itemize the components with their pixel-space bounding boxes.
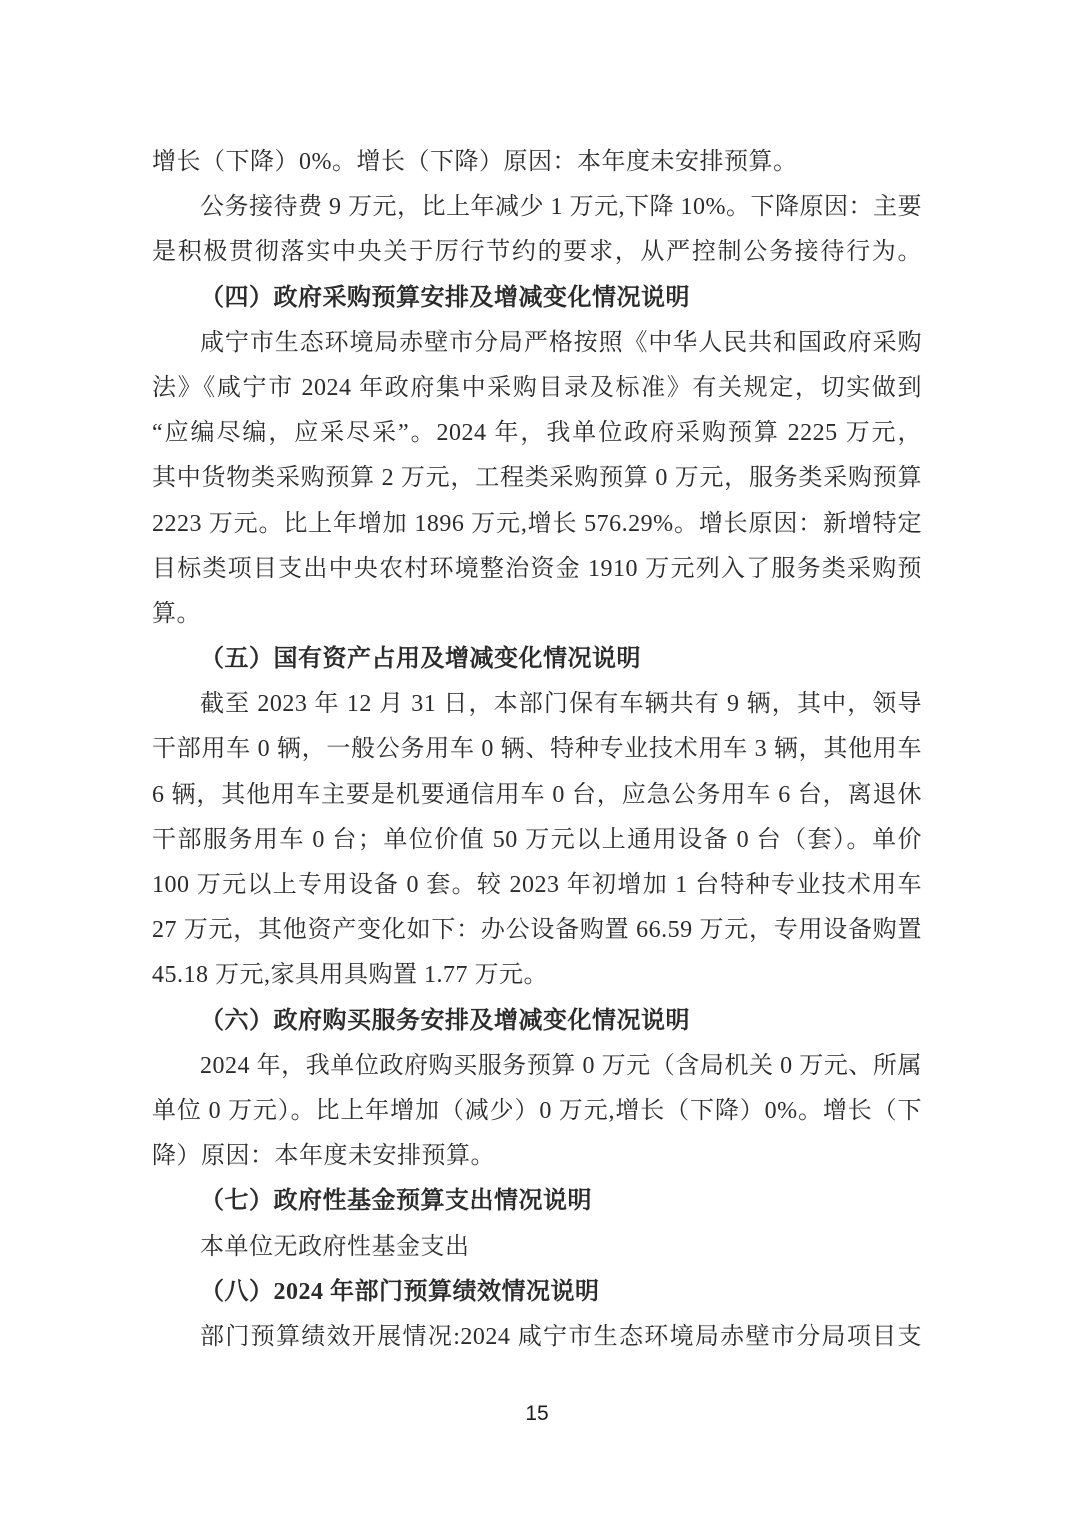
text-line: 截至 2023 年 12 月 31 日，本部门保有车辆共有 9 辆，其中，领导 — [152, 682, 922, 727]
page-footer: 15 — [0, 1402, 1074, 1426]
text-line: 其中货物类采购预算 2 万元，工程类采购预算 0 万元，服务类采购预算 — [152, 456, 922, 501]
document-page: 增长（下降）0%。增长（下降）原因：本年度未安排预算。公务接待费 9 万元，比上… — [0, 0, 1074, 1520]
text-line: 本单位无政府性基金支出 — [152, 1225, 922, 1270]
document-body: 增长（下降）0%。增长（下降）原因：本年度未安排预算。公务接待费 9 万元，比上… — [152, 140, 922, 1360]
text-line: 干部服务用车 0 台；单位价值 50 万元以上通用设备 0 台（套）。单价 — [152, 818, 922, 863]
section-heading: （五）国有资产占用及增减变化情况说明 — [152, 637, 922, 682]
text-line: 2024 年，我单位政府购买服务预算 0 万元（含局机关 0 万元、所属 — [152, 1044, 922, 1089]
page-number: 15 — [525, 1402, 548, 1425]
text-line: 咸宁市生态环境局赤壁市分局严格按照《中华人民共和国政府采购 — [152, 321, 922, 366]
text-line: 部门预算绩效开展情况:2024 咸宁市生态环境局赤壁市分局项目支 — [152, 1315, 922, 1360]
text-line: 公务接待费 9 万元，比上年减少 1 万元,下降 10%。下降原因：主要 — [152, 185, 922, 230]
section-heading: （八）2024 年部门预算绩效情况说明 — [152, 1270, 922, 1315]
text-line: 算。 — [152, 592, 922, 637]
text-line: 增长（下降）0%。增长（下降）原因：本年度未安排预算。 — [152, 140, 922, 185]
section-heading: （六）政府购买服务安排及增减变化情况说明 — [152, 999, 922, 1044]
text-line: 100 万元以上专用设备 0 套。较 2023 年初增加 1 台特种专业技术用车 — [152, 863, 922, 908]
text-line: 是积极贯彻落实中央关于厉行节约的要求，从严控制公务接待行为。 — [152, 230, 922, 275]
section-heading: （四）政府采购预算安排及增减变化情况说明 — [152, 276, 922, 321]
text-line: 法》《咸宁市 2024 年政府集中采购目录及标准》有关规定，切实做到 — [152, 366, 922, 411]
text-line: “应编尽编，应采尽采”。2024 年，我单位政府采购预算 2225 万元， — [152, 411, 922, 456]
section-heading: （七）政府性基金预算支出情况说明 — [152, 1179, 922, 1224]
text-line: 27 万元，其他资产变化如下：办公设备购置 66.59 万元，专用设备购置 — [152, 908, 922, 953]
text-line: 45.18 万元,家具用具购置 1.77 万元。 — [152, 953, 922, 998]
text-line: 6 辆，其他用车主要是机要通信用车 0 台，应急公务用车 6 台，离退休 — [152, 773, 922, 818]
text-line: 目标类项目支出中央农村环境整治资金 1910 万元列入了服务类采购预 — [152, 547, 922, 592]
text-line: 2223 万元。比上年增加 1896 万元,增长 576.29%。增长原因：新增… — [152, 502, 922, 547]
text-line: 降）原因：本年度未安排预算。 — [152, 1134, 922, 1179]
text-line: 干部用车 0 辆，一般公务用车 0 辆、特种专业技术用车 3 辆，其他用车 — [152, 727, 922, 772]
text-line: 单位 0 万元）。比上年增加（减少）0 万元,增长（下降）0%。增长（下 — [152, 1089, 922, 1134]
